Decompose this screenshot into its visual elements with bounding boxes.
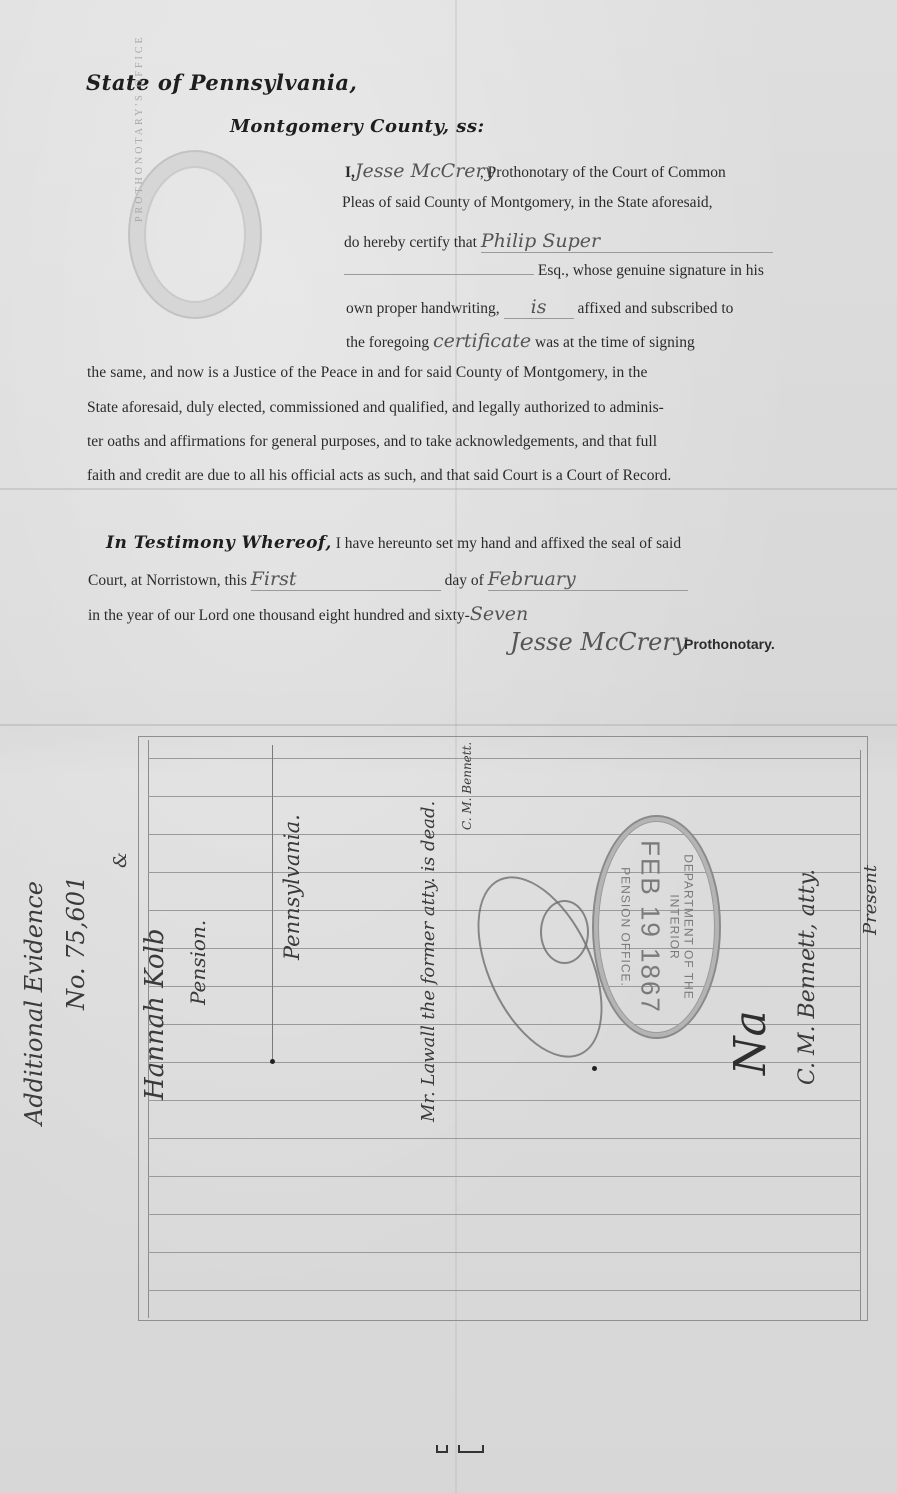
handwritten-flourish-icon bbox=[540, 900, 589, 964]
heading-state: State of Pennsylvania, bbox=[86, 70, 357, 95]
text: I have hereunto set my hand and affixed … bbox=[336, 535, 681, 552]
prothonotary-signature: Jesse McCrery bbox=[510, 628, 687, 656]
endorsement-present: Present bbox=[860, 865, 881, 935]
fold-line bbox=[0, 724, 897, 726]
endorsement-attorney: C. M. Bennett, atty. bbox=[795, 869, 820, 1085]
ruled-line bbox=[148, 758, 860, 759]
endorsement-state: Pennsylvania. bbox=[280, 814, 304, 960]
blank-field bbox=[344, 274, 534, 275]
handwritten-year: Seven bbox=[470, 603, 528, 625]
testimony-heading: In Testimony Whereof, bbox=[106, 533, 332, 553]
ruled-line bbox=[148, 1176, 860, 1177]
ruled-line bbox=[148, 796, 860, 797]
handwritten-certificate: certificate bbox=[433, 330, 531, 352]
ruled-line bbox=[148, 1138, 860, 1139]
ruled-line bbox=[148, 1252, 860, 1253]
handwritten-prothonotary-name: Jesse McCrery bbox=[355, 160, 480, 182]
pin-hole bbox=[270, 1059, 275, 1064]
cert-line-8: State aforesaid, duly elected, commissio… bbox=[87, 399, 664, 417]
stamp-content: DEPARTMENT OF THE INTERIOR FEB 19 1867 P… bbox=[618, 827, 695, 1027]
seal-text: PROTHONOTARY'S OFFICE bbox=[134, 34, 145, 222]
endorsement-claim-number: No. 75,601 bbox=[62, 876, 90, 1010]
fold-line bbox=[0, 488, 897, 490]
stamp-bottom-text: PENSION OFFICE. bbox=[618, 827, 632, 1027]
fold-crease bbox=[272, 745, 273, 1063]
handwritten-day: First bbox=[251, 568, 441, 591]
endorsement-claimant-name: Hannah Kolb bbox=[140, 928, 170, 1100]
cert-line-4: Esq., whose genuine signature in his bbox=[344, 262, 764, 280]
endorsement-attorney-note: Mr. Lawall the former atty. is dead. bbox=[418, 801, 439, 1122]
stamp-date: FEB 19 1867 bbox=[634, 827, 665, 1027]
text: affixed and subscribed to bbox=[577, 300, 733, 317]
ruled-line bbox=[148, 1100, 860, 1101]
cert-line-9: ter oaths and affirmations for general p… bbox=[87, 433, 657, 451]
handwritten-justice-name: Philip Super bbox=[481, 230, 773, 253]
cert-line-3: do hereby certify that Philip Super bbox=[344, 230, 773, 253]
text: was at the time of signing bbox=[535, 334, 695, 351]
handwritten-month: February bbox=[488, 568, 688, 591]
cert-line-1: I,Jesse McCrery, Prothonotary of the Cou… bbox=[345, 160, 726, 182]
pension-office-stamp: DEPARTMENT OF THE INTERIOR FEB 19 1867 P… bbox=[592, 815, 721, 1039]
text: Esq., whose genuine signature in his bbox=[538, 262, 764, 279]
cert-line-6: the foregoing certificate was at the tim… bbox=[346, 330, 695, 352]
text: Court, at Norristown, this bbox=[88, 572, 247, 589]
endorsement-initials: Na bbox=[725, 1010, 776, 1075]
cert-line-5: own proper handwriting, is affixed and s… bbox=[346, 296, 733, 319]
text: own proper handwriting, bbox=[346, 300, 500, 317]
handwritten-is: is bbox=[504, 296, 574, 319]
testimony-line-3: in the year of our Lord one thousand eig… bbox=[88, 603, 528, 625]
ruled-line bbox=[148, 1214, 860, 1215]
pin-hole bbox=[592, 1066, 597, 1071]
document-page: State of Pennsylvania, Montgomery County… bbox=[0, 0, 897, 1493]
embossed-seal-icon bbox=[128, 150, 262, 319]
cert-line-2: Pleas of said County of Montgomery, in t… bbox=[342, 194, 713, 212]
heading-county: Montgomery County, ss: bbox=[230, 116, 485, 137]
clip-mark-icon bbox=[458, 1445, 484, 1453]
endorsement-pension: Pension. bbox=[186, 920, 210, 1005]
signature-title: Prothonotary. bbox=[684, 636, 775, 652]
endorsement-ampersand: & bbox=[110, 852, 131, 868]
text: day of bbox=[445, 572, 484, 589]
margin-rule bbox=[860, 750, 861, 1320]
ruled-line bbox=[148, 1290, 860, 1291]
text: , Prothonotary of the Court of Common bbox=[480, 164, 726, 181]
text: the foregoing bbox=[346, 334, 429, 351]
testimony-line-1: In Testimony Whereof, I have hereunto se… bbox=[106, 533, 681, 553]
testimony-line-2: Court, at Norristown, this First day of … bbox=[88, 568, 688, 591]
text: do hereby certify that bbox=[344, 234, 477, 251]
text: I, bbox=[345, 164, 355, 181]
ruled-line bbox=[148, 872, 860, 873]
endorsement-additional-evidence: Additional Evidence bbox=[20, 881, 48, 1125]
ruled-line bbox=[148, 834, 860, 835]
cert-line-10: faith and credit are due to all his offi… bbox=[87, 467, 671, 485]
clip-mark-icon bbox=[436, 1445, 448, 1453]
endorsement-note-signature: C. M. Bennett. bbox=[460, 742, 474, 830]
text: in the year of our Lord one thousand eig… bbox=[88, 607, 470, 624]
cert-line-7: the same, and now is a Justice of the Pe… bbox=[87, 364, 648, 382]
stamp-top-text: DEPARTMENT OF THE INTERIOR bbox=[667, 827, 695, 1027]
